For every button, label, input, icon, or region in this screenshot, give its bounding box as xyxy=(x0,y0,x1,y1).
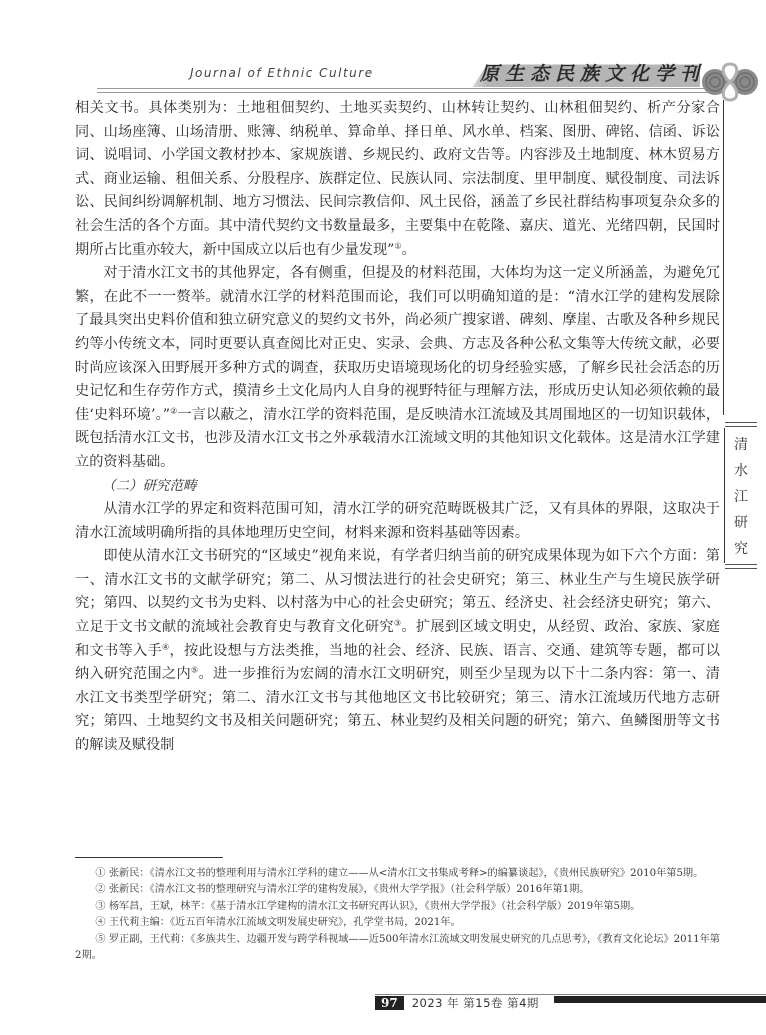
journal-title-chinese: 原生态民族文化学刊 xyxy=(480,59,705,86)
side-tab-char: 究 xyxy=(733,536,749,562)
footnotes: ① 张新民：《清水江文书的整理利用与清水江学科的建立——从<清水江文书集成考释>… xyxy=(75,866,720,964)
paragraph: 从清水江学的界定和资料范围可知，清水江学的研究范畴既极其广泛，又有具体的界限，这… xyxy=(75,498,720,545)
side-tab-char: 研 xyxy=(733,510,749,536)
side-tab-char: 水 xyxy=(733,458,749,484)
paragraph: 即使从清水江文书研究的“区域史”视角来说，有学者归纳当前的研究成果体现为如下六个… xyxy=(75,545,720,757)
issue-info: 2023 年 第15卷 第4期 xyxy=(412,995,539,1011)
page-footer: 97 2023 年 第15卷 第4期 xyxy=(375,996,539,1010)
footnote: ① 张新民：《清水江文书的整理利用与清水江学科的建立——从<清水江文书集成考释>… xyxy=(75,866,720,882)
section-heading: （二）研究范畴 xyxy=(75,475,720,499)
header-rule xyxy=(97,88,707,93)
article-body: 相关文书。具体类别为：土地租佃契约、土地买卖契约、山林转让契约、山林租佃契约、析… xyxy=(75,97,720,758)
page-number: 97 xyxy=(375,996,404,1010)
footnote: ② 张新民：《清水江文书的整理研究与清水江学的建构发展》，《贵州大学学报》（社会… xyxy=(75,882,720,898)
footer-bar xyxy=(554,996,766,1003)
paragraph: 相关文书。具体类别为：土地租佃契约、土地买卖契约、山林转让契约、山林租佃契约、析… xyxy=(75,97,720,262)
footnote: ③ 杨军昌，王斌，林芊：《基于清水江学建构的清水江文书研究再认识》，《贵州大学学… xyxy=(75,899,720,915)
footnote-ref[interactable]: ① xyxy=(394,241,401,250)
journal-title-english: Journal of Ethnic Culture xyxy=(190,66,374,80)
footnote: ④ 王代莉主编：《近五百年清水江流域文明发展史研究》，孔学堂书局，2021年。 xyxy=(75,915,720,931)
double-spiral-ornament-icon xyxy=(700,62,760,102)
side-tab-char: 江 xyxy=(733,484,749,510)
section-side-tab: 清 水 江 研 究 xyxy=(724,428,757,563)
footnote: ⑤ 罗正副，王代莉：《多族共生、边疆开发与跨学科视域——近500年清水江流域文明… xyxy=(75,932,720,965)
side-vertical-rule xyxy=(723,100,724,415)
side-tab-char: 清 xyxy=(733,432,749,458)
footnote-separator xyxy=(75,857,223,858)
paragraph: 对于清水江文书的其他界定，各有侧重，但提及的材料范围，大体均为这一定义所涵盖，为… xyxy=(75,262,720,474)
